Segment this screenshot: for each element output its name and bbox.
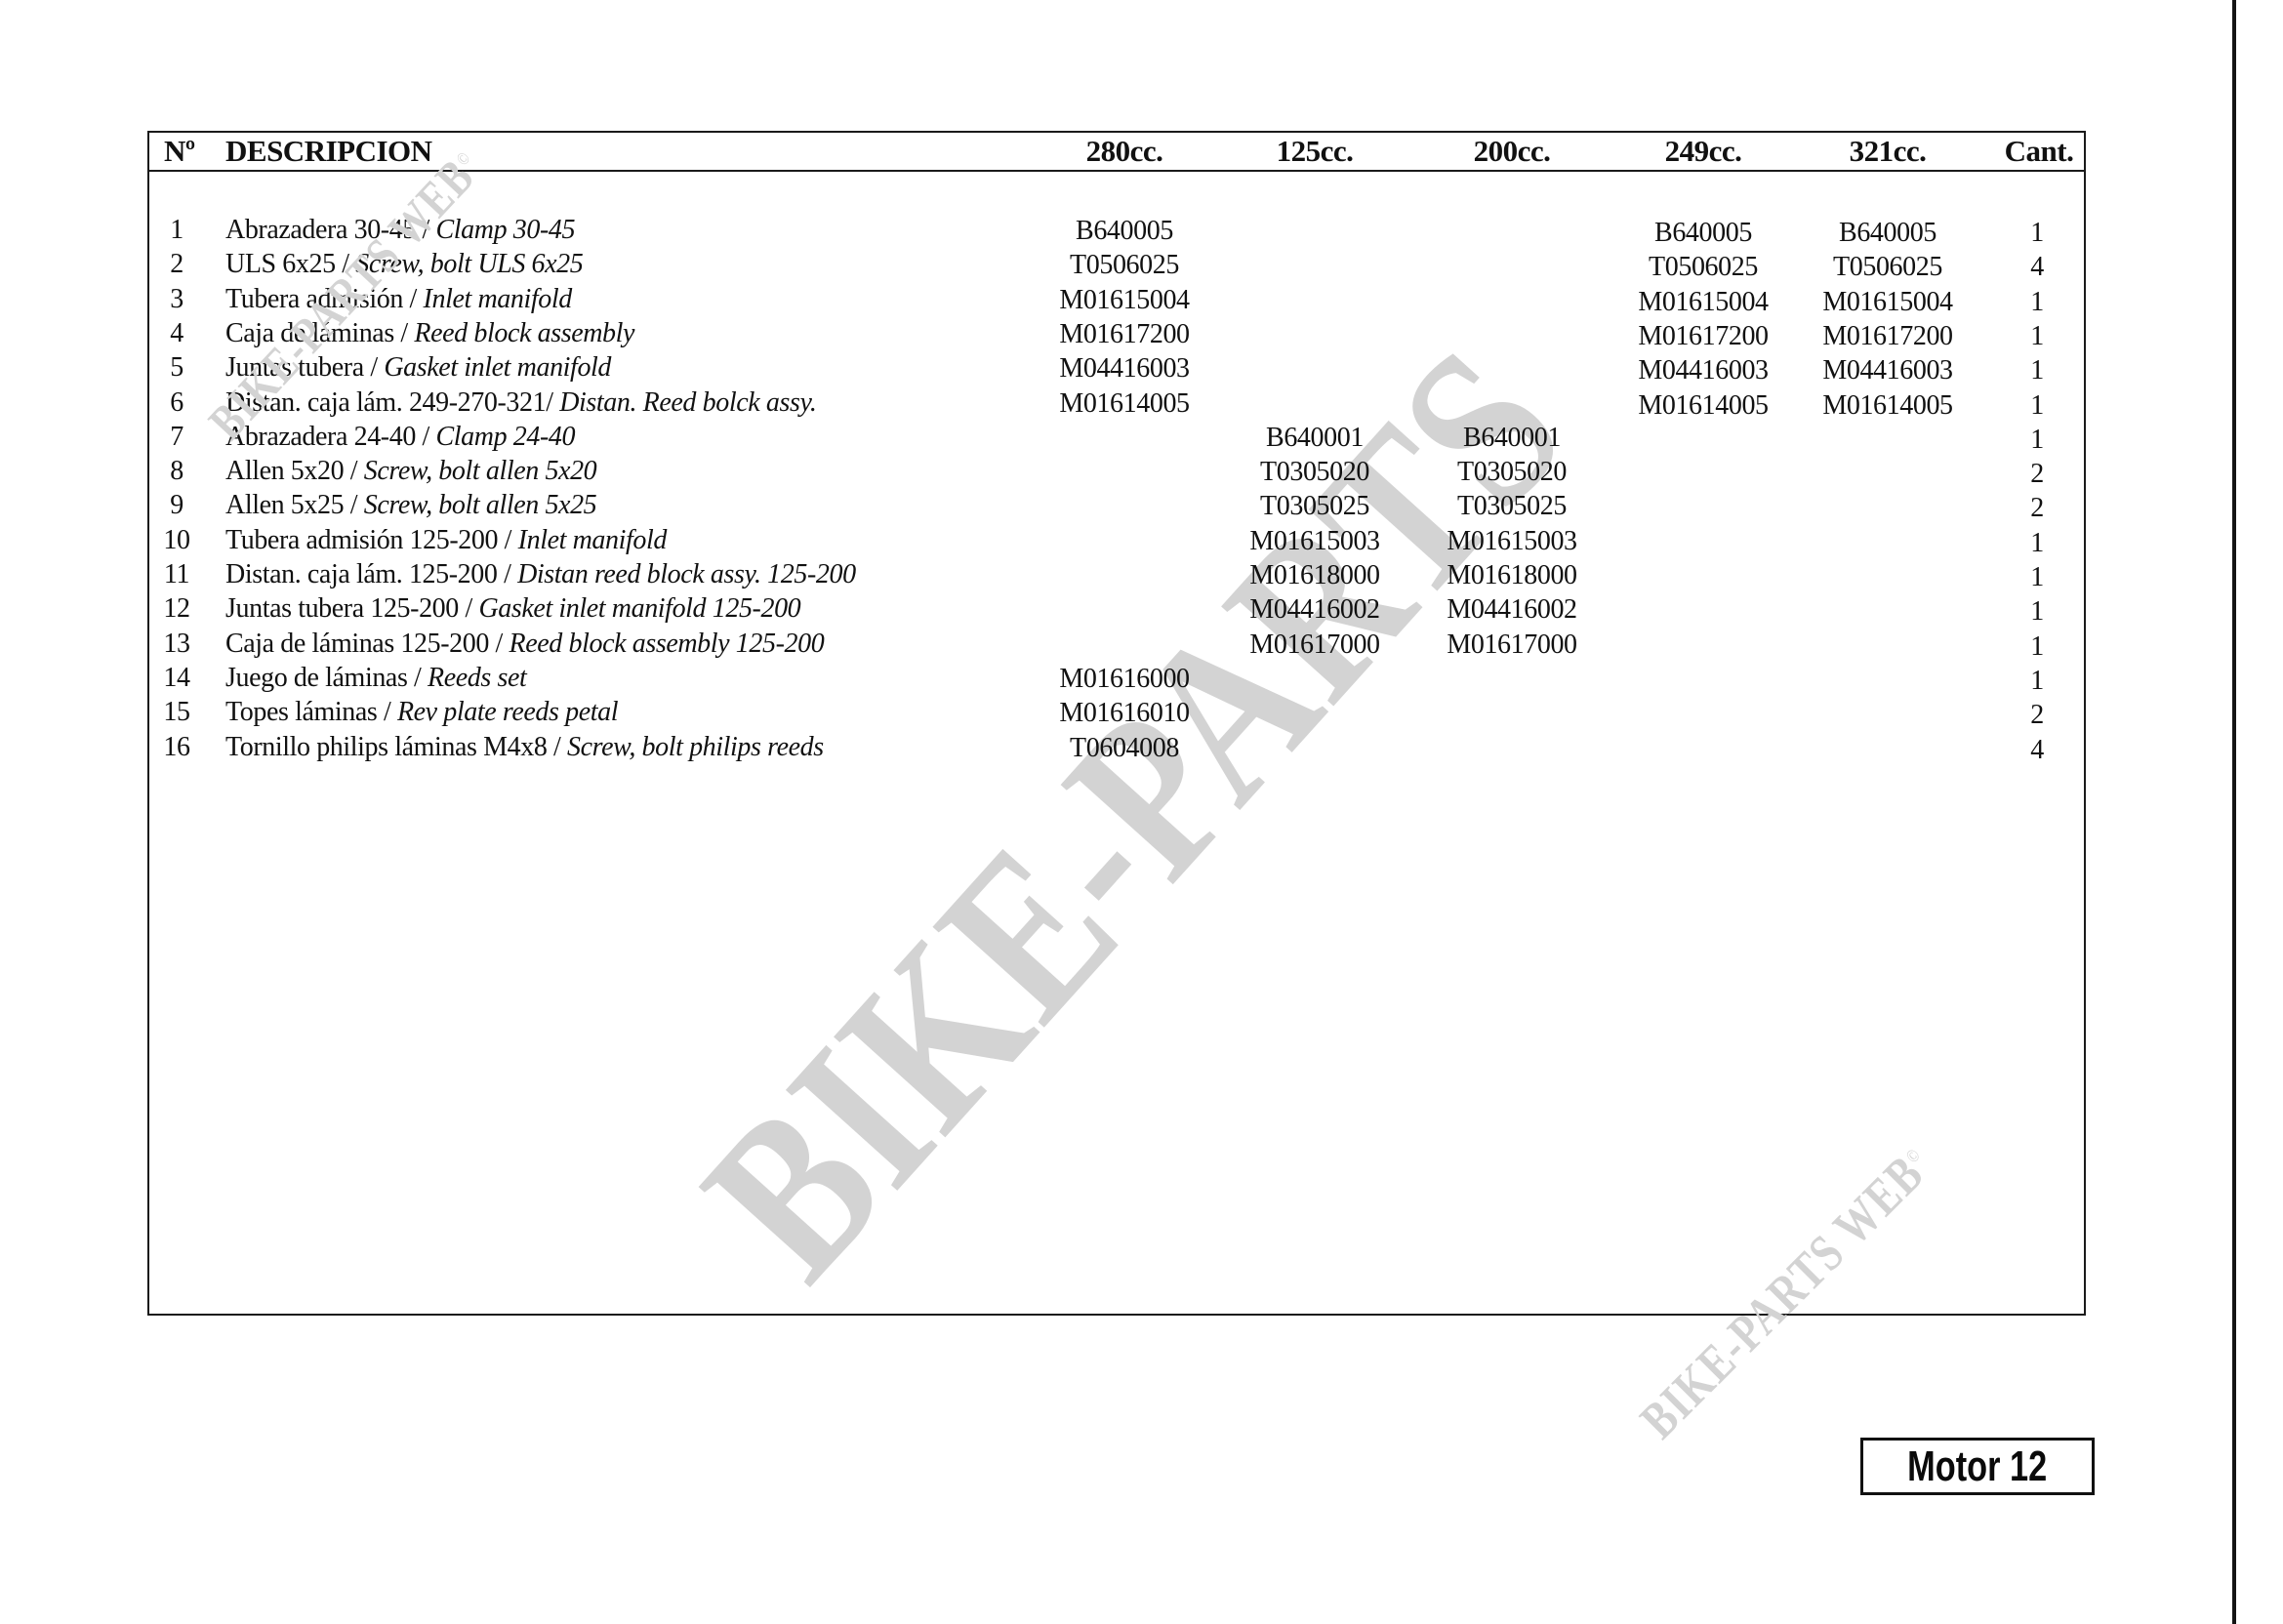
cell-description: Tubera admisión / Inlet manifold	[225, 282, 572, 316]
description-english: Reed block assembly	[414, 318, 634, 348]
description-spanish: Topes láminas /	[225, 697, 397, 727]
description-spanish: Allen 5x25 /	[225, 490, 364, 520]
table-row: 8Allen 5x20 / Screw, bolt allen 5x20T030…	[149, 454, 2084, 488]
cell-no: 2	[170, 247, 183, 281]
cell-280cc: B640005	[1076, 214, 1173, 248]
cell-321cc: M01614005	[1822, 388, 1952, 423]
cell-280cc: M01615004	[1059, 283, 1189, 317]
cell-321cc: M04416003	[1822, 353, 1952, 387]
cell-qty: 1	[2030, 594, 2044, 629]
cell-description: Distan. caja lám. 249-270-321/ Distan. R…	[225, 386, 817, 420]
description-english: Screw, bolt ULS 6x25	[355, 249, 583, 279]
description-spanish: Caja de láminas /	[225, 318, 414, 348]
page-label-box: Motor 12	[1860, 1438, 2095, 1495]
cell-321cc: M01617200	[1822, 319, 1952, 353]
table-row: 15Topes láminas / Rev plate reeds petalM…	[149, 695, 2084, 729]
description-english: Clamp 24-40	[436, 422, 576, 452]
header-200cc: 200cc.	[1474, 135, 1551, 168]
description-english: Gasket inlet manifold	[384, 352, 611, 383]
page-label: Motor 12	[1907, 1445, 2047, 1488]
cell-200cc: B640001	[1463, 421, 1561, 455]
cell-no: 6	[170, 386, 183, 420]
cell-125cc: T0305025	[1260, 489, 1369, 523]
cell-qty: 2	[2030, 698, 2044, 732]
description-english: Rev plate reeds petal	[397, 697, 618, 727]
cell-description: Allen 5x20 / Screw, bolt allen 5x20	[225, 454, 596, 488]
description-spanish: Distan. caja lám. 249-270-321/	[225, 387, 559, 418]
description-spanish: Tubera admisión 125-200 /	[225, 525, 518, 555]
header-description: DESCRIPCION	[225, 135, 432, 168]
cell-description: Tornillo philips láminas M4x8 / Screw, b…	[225, 730, 824, 764]
cell-description: Caja de láminas 125-200 / Reed block ass…	[225, 627, 824, 661]
cell-description: Tubera admisión 125-200 / Inlet manifold	[225, 523, 667, 557]
table-row: 10Tubera admisión 125-200 / Inlet manifo…	[149, 523, 2084, 557]
description-english: Screw, bolt allen 5x20	[364, 456, 596, 486]
cell-249cc: M01614005	[1638, 388, 1768, 423]
cell-description: Juego de láminas / Reeds set	[225, 661, 526, 695]
cell-qty: 1	[2030, 664, 2044, 698]
cell-249cc: T0506025	[1649, 250, 1758, 284]
table-row: 7Abrazadera 24-40 / Clamp 24-40B640001B6…	[149, 420, 2084, 454]
cell-description: Juntas tubera / Gasket inlet manifold	[225, 350, 611, 385]
cell-qty: 2	[2030, 491, 2044, 525]
cell-qty: 1	[2030, 216, 2044, 250]
description-spanish: ULS 6x25 /	[225, 249, 355, 279]
cell-125cc: M01617000	[1249, 628, 1379, 662]
description-spanish: Abrazadera 30-45 /	[225, 215, 436, 245]
cell-249cc: M01615004	[1638, 285, 1768, 319]
header-no: Nº	[164, 135, 195, 168]
cell-280cc: M01616010	[1059, 696, 1189, 730]
cell-no: 12	[163, 591, 189, 626]
description-spanish: Abrazadera 24-40 /	[225, 422, 436, 452]
cell-no: 9	[170, 488, 183, 522]
cell-321cc: T0506025	[1833, 250, 1942, 284]
cell-249cc: M04416003	[1638, 353, 1768, 387]
table-row: 4Caja de láminas / Reed block assemblyM0…	[149, 316, 2084, 350]
cell-qty: 4	[2030, 250, 2044, 284]
cell-249cc: B640005	[1654, 216, 1752, 250]
cell-200cc: T0305025	[1457, 489, 1567, 523]
description-english: Distan reed block assy. 125-200	[517, 559, 856, 589]
cell-no: 15	[163, 695, 189, 729]
table-row: 14Juego de láminas / Reeds setM016160001	[149, 661, 2084, 695]
cell-200cc: M04416002	[1447, 592, 1576, 627]
cell-200cc: T0305020	[1457, 455, 1567, 489]
table-row: 16Tornillo philips láminas M4x8 / Screw,…	[149, 730, 2084, 764]
cell-description: Topes láminas / Rev plate reeds petal	[225, 695, 618, 729]
description-english: Gasket inlet manifold 125-200	[478, 593, 800, 624]
cell-description: Distan. caja lám. 125-200 / Distan reed …	[225, 557, 856, 591]
cell-200cc: M01615003	[1447, 524, 1576, 558]
description-english: Reed block assembly 125-200	[510, 629, 825, 659]
table-row: 13Caja de láminas 125-200 / Reed block a…	[149, 627, 2084, 661]
header-qty: Cant.	[2005, 135, 2074, 168]
cell-no: 11	[164, 557, 189, 591]
cell-description: Allen 5x25 / Screw, bolt allen 5x25	[225, 488, 596, 522]
cell-qty: 1	[2030, 526, 2044, 560]
description-spanish: Caja de láminas 125-200 /	[225, 629, 510, 659]
cell-280cc: M04416003	[1059, 351, 1189, 386]
cell-280cc: M01616000	[1059, 662, 1189, 696]
cell-description: Abrazadera 24-40 / Clamp 24-40	[225, 420, 575, 454]
cell-qty: 1	[2030, 423, 2044, 457]
cell-description: Abrazadera 30-45 / Clamp 30-45	[225, 213, 575, 247]
cell-125cc: B640001	[1266, 421, 1364, 455]
table-row: 3Tubera admisión / Inlet manifoldM016150…	[149, 282, 2084, 316]
cell-280cc: T0604008	[1070, 731, 1179, 765]
description-english: Screw, bolt allen 5x25	[364, 490, 596, 520]
table-row: 11Distan. caja lám. 125-200 / Distan ree…	[149, 557, 2084, 591]
header-321cc: 321cc.	[1850, 135, 1927, 168]
cell-description: Caja de láminas / Reed block assembly	[225, 316, 634, 350]
cell-125cc: M01615003	[1249, 524, 1379, 558]
cell-qty: 1	[2030, 560, 2044, 594]
description-english: Inlet manifold	[424, 284, 572, 314]
cell-no: 7	[170, 420, 183, 454]
cell-280cc: T0506025	[1070, 248, 1179, 282]
table-row: 2ULS 6x25 / Screw, bolt ULS 6x25T0506025…	[149, 247, 2084, 281]
cell-no: 16	[163, 730, 189, 764]
description-english: Inlet manifold	[518, 525, 667, 555]
table-row: 9Allen 5x25 / Screw, bolt allen 5x25T030…	[149, 488, 2084, 522]
cell-qty: 1	[2030, 319, 2044, 353]
header-280cc: 280cc.	[1086, 135, 1163, 168]
description-spanish: Juntas tubera /	[225, 352, 384, 383]
cell-description: Juntas tubera 125-200 / Gasket inlet man…	[225, 591, 800, 626]
cell-no: 3	[170, 282, 183, 316]
table-header: Nº DESCRIPCION 280cc. 125cc. 200cc. 249c…	[149, 133, 2084, 172]
description-english: Clamp 30-45	[436, 215, 576, 245]
cell-280cc: M01617200	[1059, 317, 1189, 351]
cell-125cc: M01618000	[1249, 558, 1379, 592]
table-row: 1Abrazadera 30-45 / Clamp 30-45B640005B6…	[149, 213, 2084, 247]
header-125cc: 125cc.	[1277, 135, 1354, 168]
cell-no: 4	[170, 316, 183, 350]
cell-qty: 1	[2030, 388, 2044, 423]
table-row: 12Juntas tubera 125-200 / Gasket inlet m…	[149, 591, 2084, 626]
cell-249cc: M01617200	[1638, 319, 1768, 353]
parts-table: Nº DESCRIPCION 280cc. 125cc. 200cc. 249c…	[147, 131, 2086, 1316]
cell-125cc: T0305020	[1260, 455, 1369, 489]
cell-qty: 1	[2030, 629, 2044, 664]
cell-321cc: B640005	[1839, 216, 1936, 250]
page-edge-line	[2232, 0, 2236, 1624]
description-english: Screw, bolt philips reeds	[567, 732, 824, 762]
cell-no: 14	[163, 661, 189, 695]
cell-no: 5	[170, 350, 183, 385]
cell-description: ULS 6x25 / Screw, bolt ULS 6x25	[225, 247, 583, 281]
header-249cc: 249cc.	[1665, 135, 1742, 168]
table-row: 6Distan. caja lám. 249-270-321/ Distan. …	[149, 386, 2084, 420]
description-spanish: Distan. caja lám. 125-200 /	[225, 559, 517, 589]
cell-280cc: M01614005	[1059, 386, 1189, 421]
cell-qty: 1	[2030, 353, 2044, 387]
description-spanish: Juntas tubera 125-200 /	[225, 593, 478, 624]
cell-qty: 2	[2030, 457, 2044, 491]
cell-no: 10	[163, 523, 189, 557]
cell-qty: 4	[2030, 733, 2044, 767]
table-row: 5Juntas tubera / Gasket inlet manifoldM0…	[149, 350, 2084, 385]
description-english: Distan. Reed bolck assy.	[559, 387, 816, 418]
description-english: Reeds set	[428, 663, 526, 693]
cell-125cc: M04416002	[1249, 592, 1379, 627]
cell-200cc: M01617000	[1447, 628, 1576, 662]
description-spanish: Tornillo philips láminas M4x8 /	[225, 732, 567, 762]
description-spanish: Juego de láminas /	[225, 663, 428, 693]
cell-200cc: M01618000	[1447, 558, 1576, 592]
cell-321cc: M01615004	[1822, 285, 1952, 319]
cell-qty: 1	[2030, 285, 2044, 319]
cell-no: 13	[163, 627, 189, 661]
description-spanish: Allen 5x20 /	[225, 456, 364, 486]
description-spanish: Tubera admisión /	[225, 284, 424, 314]
cell-no: 8	[170, 454, 183, 488]
cell-no: 1	[170, 213, 183, 247]
